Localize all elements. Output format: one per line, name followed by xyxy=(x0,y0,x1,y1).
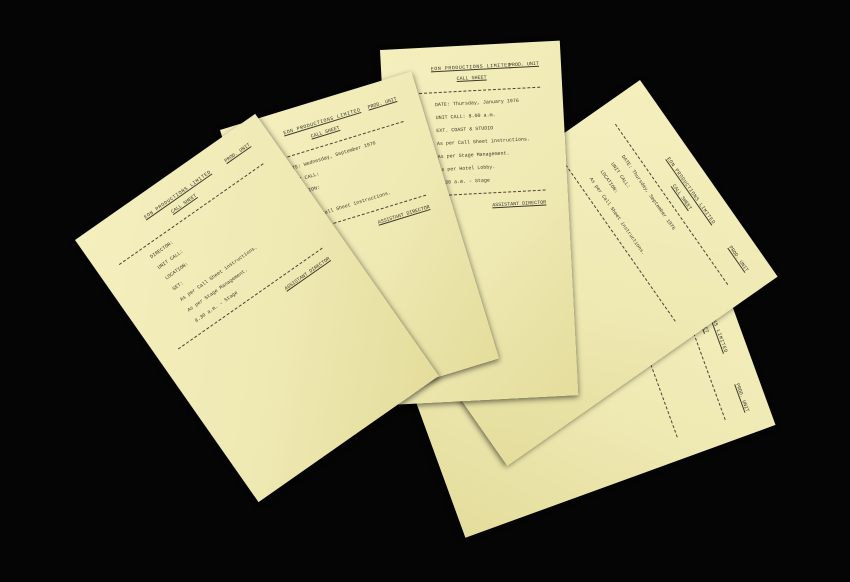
sheet-ref: PROD. UNIT xyxy=(509,60,539,70)
divider xyxy=(404,87,540,95)
photo-scene: PROD. UNITEON PRODUCTIONS LIMITEDCALL SH… xyxy=(0,0,850,582)
sheet-line: DATE: Thursday, January 1976 xyxy=(405,96,541,111)
sheet-line: LOCATION: xyxy=(581,144,700,309)
